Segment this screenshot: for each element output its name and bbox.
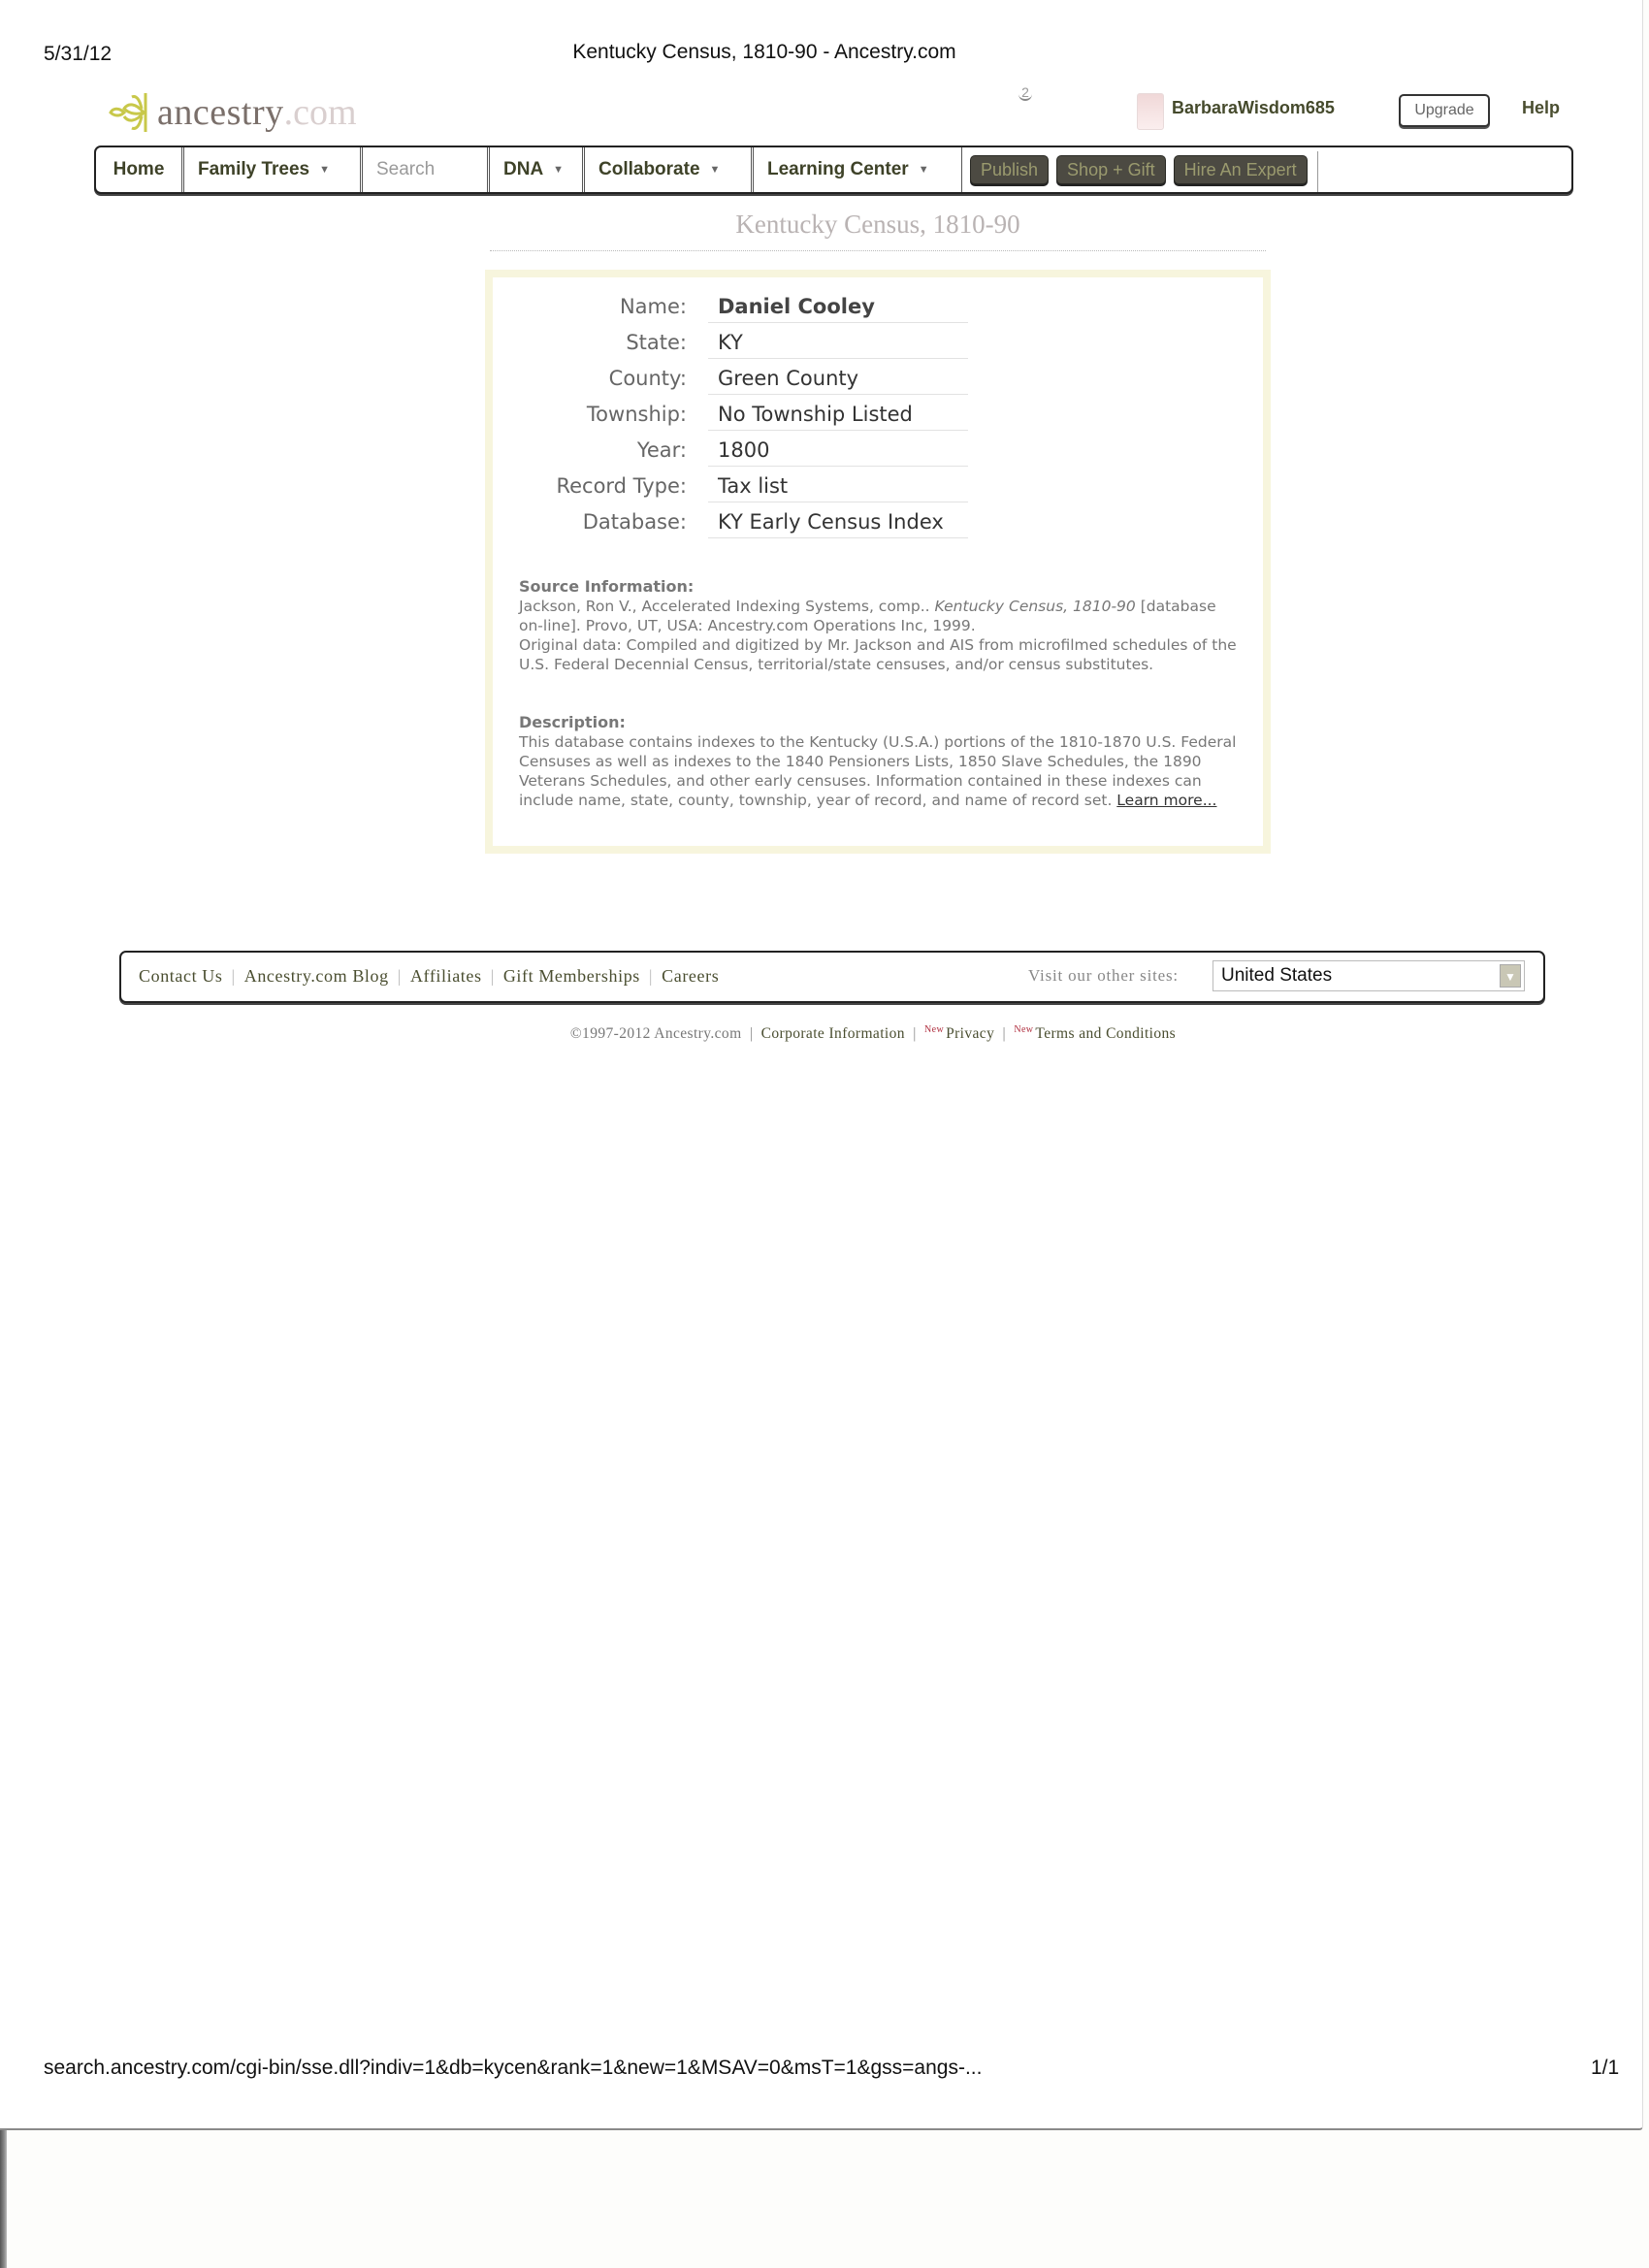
privacy-link[interactable]: Privacy [946,1025,994,1042]
field-label: County: [609,367,687,390]
footer-link-gift-memberships[interactable]: Gift Memberships [503,966,640,987]
chevron-down-icon[interactable]: ▼ [1500,964,1521,988]
logo-tld: .com [284,91,357,134]
field-label: Record Type: [556,474,687,498]
corporate-information-link[interactable]: Corporate Information [761,1025,905,1042]
logo-wordmark: ancestry [157,91,284,134]
new-badge: New [1014,1024,1033,1035]
divider: | [750,1025,754,1042]
footer-links: Contact Us| Ancestry.com Blog| Affiliate… [139,966,719,987]
field-row-name: Name: Daniel Cooley [493,287,968,323]
heading-divider [490,250,1266,251]
learn-more-link[interactable]: Learn more... [1116,792,1216,809]
field-row-year: Year: 1800 [493,431,968,467]
visit-sites-label: Visit our other sites: [1028,966,1179,986]
field-value-year: 1800 [708,438,968,467]
notification-badge[interactable]: 2 [1018,85,1032,101]
footer-bar: Contact Us| Ancestry.com Blog| Affiliate… [119,951,1545,1003]
field-label: Name: [620,295,687,318]
new-badge: New [924,1024,944,1035]
leaf-logo-icon [107,89,153,136]
nav-search-input[interactable] [1317,151,1566,192]
username-link[interactable]: BarbaraWisdom685 [1172,98,1335,118]
field-row-state: State: KY [493,323,968,359]
nav-collaborate[interactable]: Collaborate▼ [585,147,754,192]
field-label: Database: [583,510,687,534]
divider: | [913,1025,917,1042]
publish-button[interactable]: Publish [970,155,1049,184]
divider: | [1003,1025,1007,1042]
description-heading: Description: [519,713,1237,732]
shop-gift-button[interactable]: Shop + Gift [1056,155,1166,184]
page-title: Kentucky Census, 1810-90 [490,210,1266,240]
nav-search-label: Search [376,159,435,180]
chevron-down-icon: ▼ [710,164,721,176]
field-value-county: Green County [708,367,968,395]
nav-home-label: Home [113,159,165,180]
source-information: Source Information: Jackson, Ron V., Acc… [519,577,1237,674]
divider: | [398,966,402,987]
terms-link[interactable]: Terms and Conditions [1035,1025,1176,1042]
nav-family-trees[interactable]: Family Trees▼ [184,147,363,192]
print-page-count: 1/1 [1591,2057,1619,2080]
field-value-name: Daniel Cooley [708,295,968,323]
footer-link-affiliates[interactable]: Affiliates [410,966,482,987]
upgrade-button[interactable]: Upgrade [1399,94,1490,127]
field-label: Year: [637,438,687,462]
nav-collaborate-label: Collaborate [598,159,700,180]
field-value-state: KY [708,331,968,359]
field-row-record-type: Record Type: Tax list [493,467,968,502]
divider: | [649,966,653,987]
nav-search[interactable]: Search [363,147,490,192]
hire-expert-button[interactable]: Hire An Expert [1174,155,1308,184]
source-original-data: Original data: Compiled and digitized by… [519,635,1237,674]
copyright-text: ©1997-2012 Ancestry.com [570,1025,742,1042]
nav-button-group: Publish Shop + Gift Hire An Expert [962,147,1308,192]
field-row-township: Township: No Township Listed [493,395,968,431]
nav-learning-center[interactable]: Learning Center▼ [754,147,962,192]
chevron-down-icon: ▼ [553,164,564,176]
field-value-record-type: Tax list [708,474,968,502]
nav-home[interactable]: Home [96,147,184,192]
nav-family-trees-label: Family Trees [198,159,309,180]
source-citation: Jackson, Ron V., Accelerated Indexing Sy… [519,597,1237,635]
nav-dna[interactable]: DNA▼ [490,147,585,192]
field-value-township: No Township Listed [708,403,968,431]
printed-page: 5/31/12 Kentucky Census, 1810-90 - Ances… [0,0,1643,2130]
field-label: State: [626,331,687,354]
ancestry-logo[interactable]: ancestry.com [107,85,357,140]
print-title: Kentucky Census, 1810-90 - Ancestry.com [0,41,1529,64]
description-text: This database contains indexes to the Ke… [519,732,1237,810]
nav-dna-label: DNA [503,159,543,180]
record-card: Name: Daniel Cooley State: KY County: Gr… [485,270,1271,854]
chevron-down-icon: ▼ [319,164,330,176]
copyright-line: ©1997-2012 Ancestry.com | Corporate Info… [0,1024,1649,1043]
print-url: search.ancestry.com/cgi-bin/sse.dll?indi… [44,2057,982,2080]
source-heading: Source Information: [519,577,1237,597]
scan-edge-shadow [0,2130,7,2268]
divider: | [232,966,236,987]
field-row-county: County: Green County [493,359,968,395]
footer-link-blog[interactable]: Ancestry.com Blog [244,966,389,987]
description: Description: This database contains inde… [519,713,1237,810]
field-label: Township: [587,403,687,426]
citation-text: Jackson, Ron V., Accelerated Indexing Sy… [519,598,935,615]
footer-link-careers[interactable]: Careers [662,966,719,987]
user-avatar-icon[interactable] [1137,93,1164,130]
divider: | [491,966,495,987]
main-nav: Home Family Trees▼ Search DNA▼ Collabora… [94,146,1573,194]
citation-title: Kentucky Census, 1810-90 [935,598,1136,615]
nav-learning-center-label: Learning Center [767,159,909,180]
footer-link-contact-us[interactable]: Contact Us [139,966,223,987]
help-link[interactable]: Help [1522,98,1560,118]
country-site-select[interactable]: United States ▼ [1212,960,1525,991]
field-value-database: KY Early Census Index [708,510,968,538]
field-row-database: Database: KY Early Census Index [493,502,968,538]
country-site-value: United States [1221,965,1332,986]
chevron-down-icon: ▼ [919,164,929,176]
